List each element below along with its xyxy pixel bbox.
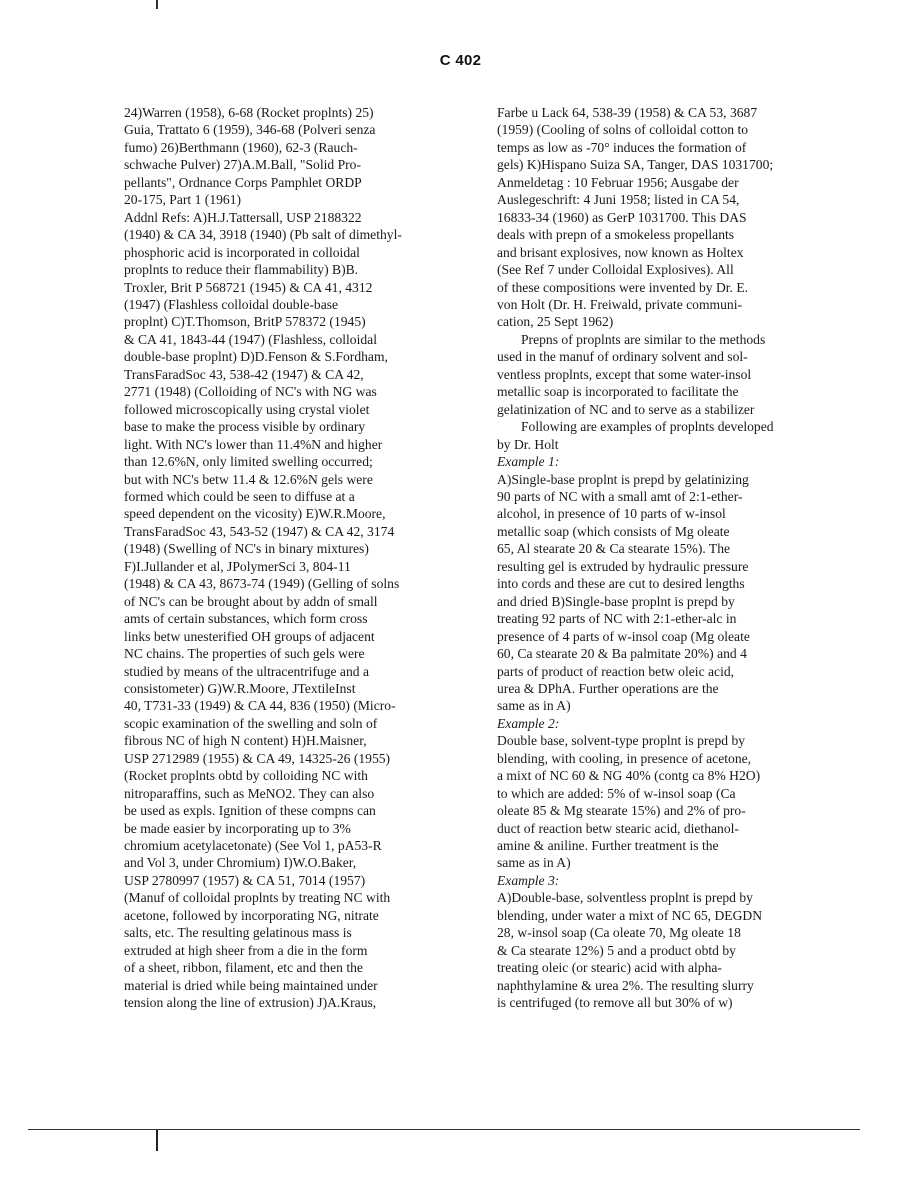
text-line: urea & DPhA. Further operations are the xyxy=(497,680,857,697)
text-line: scopic examination of the swelling and s… xyxy=(124,715,469,732)
text-line: consistometer) G)W.R.Moore, JTextileInst xyxy=(124,680,469,697)
text-line: be made easier by incorporating up to 3% xyxy=(124,820,469,837)
text-line: (1947) (Flashless colloidal double-base xyxy=(124,296,469,313)
text-line: (Manuf of colloidal proplnts by treating… xyxy=(124,889,469,906)
text-line: to which are added: 5% of w-insol soap (… xyxy=(497,785,857,802)
text-line: metallic soap (which consists of Mg olea… xyxy=(497,523,857,540)
text-line: 60, Ca stearate 20 & Ba palmitate 20%) a… xyxy=(497,645,857,662)
paragraph-start-line: Prepns of proplnts are similar to the me… xyxy=(497,331,857,348)
crop-mark-bottom xyxy=(156,1130,158,1151)
text-line: A)Single-base proplnt is prepd by gelati… xyxy=(497,471,857,488)
text-line: resulting gel is extruded by hydraulic p… xyxy=(497,558,857,575)
text-line: same as in A) xyxy=(497,854,857,871)
text-line: and brisant explosives, now known as Hol… xyxy=(497,244,857,261)
text-line: (Rocket proplnts obtd by colloiding NC w… xyxy=(124,767,469,784)
text-line: 65, Al stearate 20 & Ca stearate 15%). T… xyxy=(497,540,857,557)
text-line: but with NC's betw 11.4 & 12.6%N gels we… xyxy=(124,471,469,488)
text-line: parts of product of reaction betw oleic … xyxy=(497,663,857,680)
text-line: 90 parts of NC with a small amt of 2:1-e… xyxy=(497,488,857,505)
text-line: 2771 (1948) (Colloiding of NC's with NG … xyxy=(124,383,469,400)
text-line: proplnts to reduce their flammability) B… xyxy=(124,261,469,278)
text-line: base to make the process visible by ordi… xyxy=(124,418,469,435)
text-line: von Holt (Dr. H. Freiwald, private commu… xyxy=(497,296,857,313)
text-line: 20-175, Part 1 (1961) xyxy=(124,191,469,208)
text-line: into cords and these are cut to desired … xyxy=(497,575,857,592)
text-line: blending, under water a mixt of NC 65, D… xyxy=(497,907,857,924)
text-line: A)Double-base, solventless proplnt is pr… xyxy=(497,889,857,906)
text-line: speed dependent on the vicosity) E)W.R.M… xyxy=(124,505,469,522)
example-heading: Example 2: xyxy=(497,715,857,732)
left-column: 24)Warren (1958), 6-68 (Rocket proplnts)… xyxy=(124,104,469,1012)
text-line: (See Ref 7 under Colloidal Explosives). … xyxy=(497,261,857,278)
text-line: Addnl Refs: A)H.J.Tattersall, USP 218832… xyxy=(124,209,469,226)
text-line: 16833-34 (1960) as GerP 1031700. This DA… xyxy=(497,209,857,226)
text-line: and Vol 3, under Chromium) I)W.O.Baker, xyxy=(124,854,469,871)
text-line: proplnt) C)T.Thomson, BritP 578372 (1945… xyxy=(124,313,469,330)
example-heading: Example 1: xyxy=(497,453,857,470)
text-line: & CA 41, 1843-44 (1947) (Flashless, coll… xyxy=(124,331,469,348)
text-line: same as in A) xyxy=(497,697,857,714)
footer-rule xyxy=(28,1129,860,1130)
text-line: 28, w-insol soap (Ca oleate 70, Mg oleat… xyxy=(497,924,857,941)
text-line: than 12.6%N, only limited swelling occur… xyxy=(124,453,469,470)
text-line: TransFaradSoc 43, 543-52 (1947) & CA 42,… xyxy=(124,523,469,540)
text-line: amts of certain substances, which form c… xyxy=(124,610,469,627)
text-line: USP 2780997 (1957) & CA 51, 7014 (1957) xyxy=(124,872,469,889)
text-line: naphthylamine & urea 2%. The resulting s… xyxy=(497,977,857,994)
text-line: USP 2712989 (1955) & CA 49, 14325-26 (19… xyxy=(124,750,469,767)
text-line: (1959) (Cooling of solns of colloidal co… xyxy=(497,121,857,138)
text-line: cation, 25 Sept 1962) xyxy=(497,313,857,330)
text-line: salts, etc. The resulting gelatinous mas… xyxy=(124,924,469,941)
text-line: of a sheet, ribbon, filament, etc and th… xyxy=(124,959,469,976)
text-line: chromium acetylacetonate) (See Vol 1, pA… xyxy=(124,837,469,854)
text-line: gelatinization of NC and to serve as a s… xyxy=(497,401,857,418)
text-line: deals with prepn of a smokeless propella… xyxy=(497,226,857,243)
text-line: & Ca stearate 12%) 5 and a product obtd … xyxy=(497,942,857,959)
text-line: 40, T731-33 (1949) & CA 44, 836 (1950) (… xyxy=(124,697,469,714)
text-line: of these compositions were invented by D… xyxy=(497,279,857,296)
text-line: ventless proplnts, except that some wate… xyxy=(497,366,857,383)
text-line: studied by means of the ultracentrifuge … xyxy=(124,663,469,680)
text-line: alcohol, in presence of 10 parts of w-in… xyxy=(497,505,857,522)
example-heading: Example 3: xyxy=(497,872,857,889)
text-line: F)I.Jullander et al, JPolymerSci 3, 804-… xyxy=(124,558,469,575)
text-line: Guia, Trattato 6 (1959), 346-68 (Polveri… xyxy=(124,121,469,138)
text-line: Double base, solvent-type proplnt is pre… xyxy=(497,732,857,749)
text-line: tension along the line of extrusion) J)A… xyxy=(124,994,469,1011)
text-line: gels) K)Hispano Suiza SA, Tanger, DAS 10… xyxy=(497,156,857,173)
text-line: of NC's can be brought about by addn of … xyxy=(124,593,469,610)
text-line: pellants", Ordnance Corps Pamphlet ORDP xyxy=(124,174,469,191)
text-line: oleate 85 & Mg stearate 15%) and 2% of p… xyxy=(497,802,857,819)
text-line: by Dr. Holt xyxy=(497,436,857,453)
text-line: duct of reaction betw stearic acid, diet… xyxy=(497,820,857,837)
text-line: (1948) (Swelling of NC's in binary mixtu… xyxy=(124,540,469,557)
text-line: Auslegeschrift: 4 Juni 1958; listed in C… xyxy=(497,191,857,208)
text-line: (1948) & CA 43, 8673-74 (1949) (Gelling … xyxy=(124,575,469,592)
crop-mark-top xyxy=(156,0,158,9)
text-line: Farbe u Lack 64, 538-39 (1958) & CA 53, … xyxy=(497,104,857,121)
text-line: light. With NC's lower than 11.4%N and h… xyxy=(124,436,469,453)
text-line: double-base proplnt) D)D.Fenson & S.Ford… xyxy=(124,348,469,365)
text-line: amine & aniline. Further treatment is th… xyxy=(497,837,857,854)
text-line: temps as low as -70° induces the formati… xyxy=(497,139,857,156)
text-line: a mixt of NC 60 & NG 40% (contg ca 8% H2… xyxy=(497,767,857,784)
text-line: nitroparaffins, such as MeNO2. They can … xyxy=(124,785,469,802)
text-line: blending, with cooling, in presence of a… xyxy=(497,750,857,767)
text-line: material is dried while being maintained… xyxy=(124,977,469,994)
text-line: links betw unesterified OH groups of adj… xyxy=(124,628,469,645)
text-line: presence of 4 parts of w-insol coap (Mg … xyxy=(497,628,857,645)
text-line: acetone, followed by incorporating NG, n… xyxy=(124,907,469,924)
text-line: treating 92 parts of NC with 2:1-ether-a… xyxy=(497,610,857,627)
paragraph-start-line: Following are examples of proplnts devel… xyxy=(497,418,857,435)
page-number: C 402 xyxy=(0,52,921,69)
text-line: and dried B)Single-base proplnt is prepd… xyxy=(497,593,857,610)
text-line: (1940) & CA 34, 3918 (1940) (Pb salt of … xyxy=(124,226,469,243)
text-line: schwache Pulver) 27)A.M.Ball, "Solid Pro… xyxy=(124,156,469,173)
text-line: be used as expls. Ignition of these comp… xyxy=(124,802,469,819)
text-line: Anmeldetag : 10 Februar 1956; Ausgabe de… xyxy=(497,174,857,191)
text-line: 24)Warren (1958), 6-68 (Rocket proplnts)… xyxy=(124,104,469,121)
text-line: fibrous NC of high N content) H)H.Maisne… xyxy=(124,732,469,749)
text-line: Troxler, Brit P 568721 (1945) & CA 41, 4… xyxy=(124,279,469,296)
right-column: Farbe u Lack 64, 538-39 (1958) & CA 53, … xyxy=(497,104,857,1012)
text-line: is centrifuged (to remove all but 30% of… xyxy=(497,994,857,1011)
text-line: TransFaradSoc 43, 538-42 (1947) & CA 42, xyxy=(124,366,469,383)
text-line: phosphoric acid is incorporated in collo… xyxy=(124,244,469,261)
text-line: metallic soap is incorporated to facilit… xyxy=(497,383,857,400)
text-line: fumo) 26)Berthmann (1960), 62-3 (Rauch- xyxy=(124,139,469,156)
text-line: formed which could be seen to diffuse at… xyxy=(124,488,469,505)
text-line: followed microscopically using crystal v… xyxy=(124,401,469,418)
text-line: treating oleic (or stearic) acid with al… xyxy=(497,959,857,976)
text-line: extruded at high sheer from a die in the… xyxy=(124,942,469,959)
text-line: used in the manuf of ordinary solvent an… xyxy=(497,348,857,365)
text-line: NC chains. The properties of such gels w… xyxy=(124,645,469,662)
